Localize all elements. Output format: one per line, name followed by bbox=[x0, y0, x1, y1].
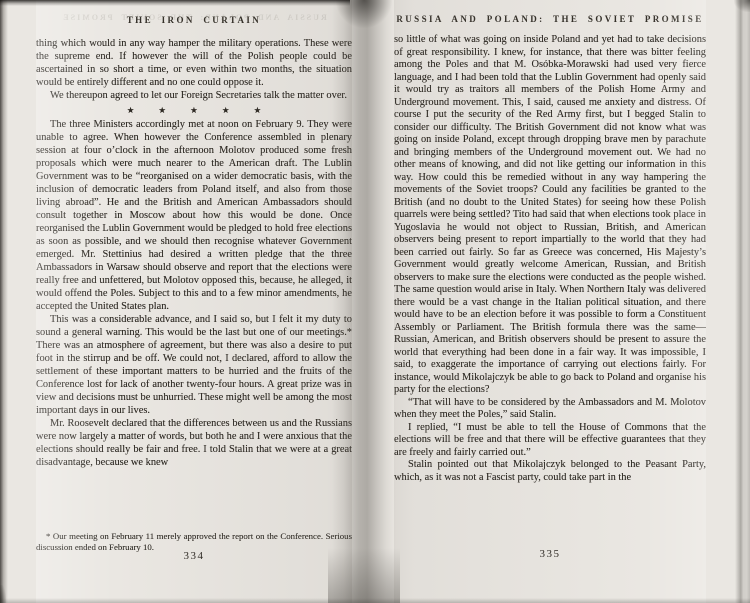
book-scan-spread: RUSSIA AND POLAND: THE SOVIET PROMISE TH… bbox=[0, 0, 750, 603]
right-page-number: 335 bbox=[394, 548, 706, 560]
paragraph: Mr. Roosevelt declared that the differen… bbox=[36, 417, 352, 469]
right-running-header: RUSSIA AND POLAND: THE SOVIET PROMISE bbox=[394, 14, 706, 24]
left-page-body: thing which would in any way hamper the … bbox=[36, 37, 352, 529]
left-page: RUSSIA AND POLAND: THE SOVIET PROMISE TH… bbox=[36, 0, 352, 603]
paragraph: We thereupon agreed to let our Foreign S… bbox=[36, 89, 352, 102]
scan-right-edge bbox=[735, 0, 750, 603]
paragraph: I replied, “I must be able to tell the H… bbox=[394, 422, 706, 460]
paragraph: Stalin pointed out that Mikolajczyk belo… bbox=[394, 459, 706, 484]
paragraph: thing which would in any way hamper the … bbox=[36, 37, 352, 89]
right-page: RUSSIA AND POLAND: THE SOVIET PROMISE so… bbox=[394, 0, 706, 603]
paragraph: This was a considerable advance, and I s… bbox=[36, 313, 352, 417]
left-page-number: 334 bbox=[36, 550, 352, 562]
scan-left-edge bbox=[0, 0, 8, 603]
paragraph: The three Ministers accordingly met at n… bbox=[36, 118, 352, 313]
left-running-header: THE IRON CURTAIN bbox=[36, 15, 352, 25]
star-separator: ★ ★ ★ ★ ★ bbox=[36, 104, 352, 117]
paragraph: so little of what was going on inside Po… bbox=[394, 34, 706, 397]
scan-bottom-left-corner bbox=[0, 585, 6, 603]
paragraph: “That will have to be considered by the … bbox=[394, 397, 706, 422]
right-page-body: so little of what was going on inside Po… bbox=[394, 34, 706, 535]
scan-top-right-corner bbox=[734, 0, 750, 12]
footnote: * Our meeting on February 11 merely appr… bbox=[36, 531, 352, 552]
